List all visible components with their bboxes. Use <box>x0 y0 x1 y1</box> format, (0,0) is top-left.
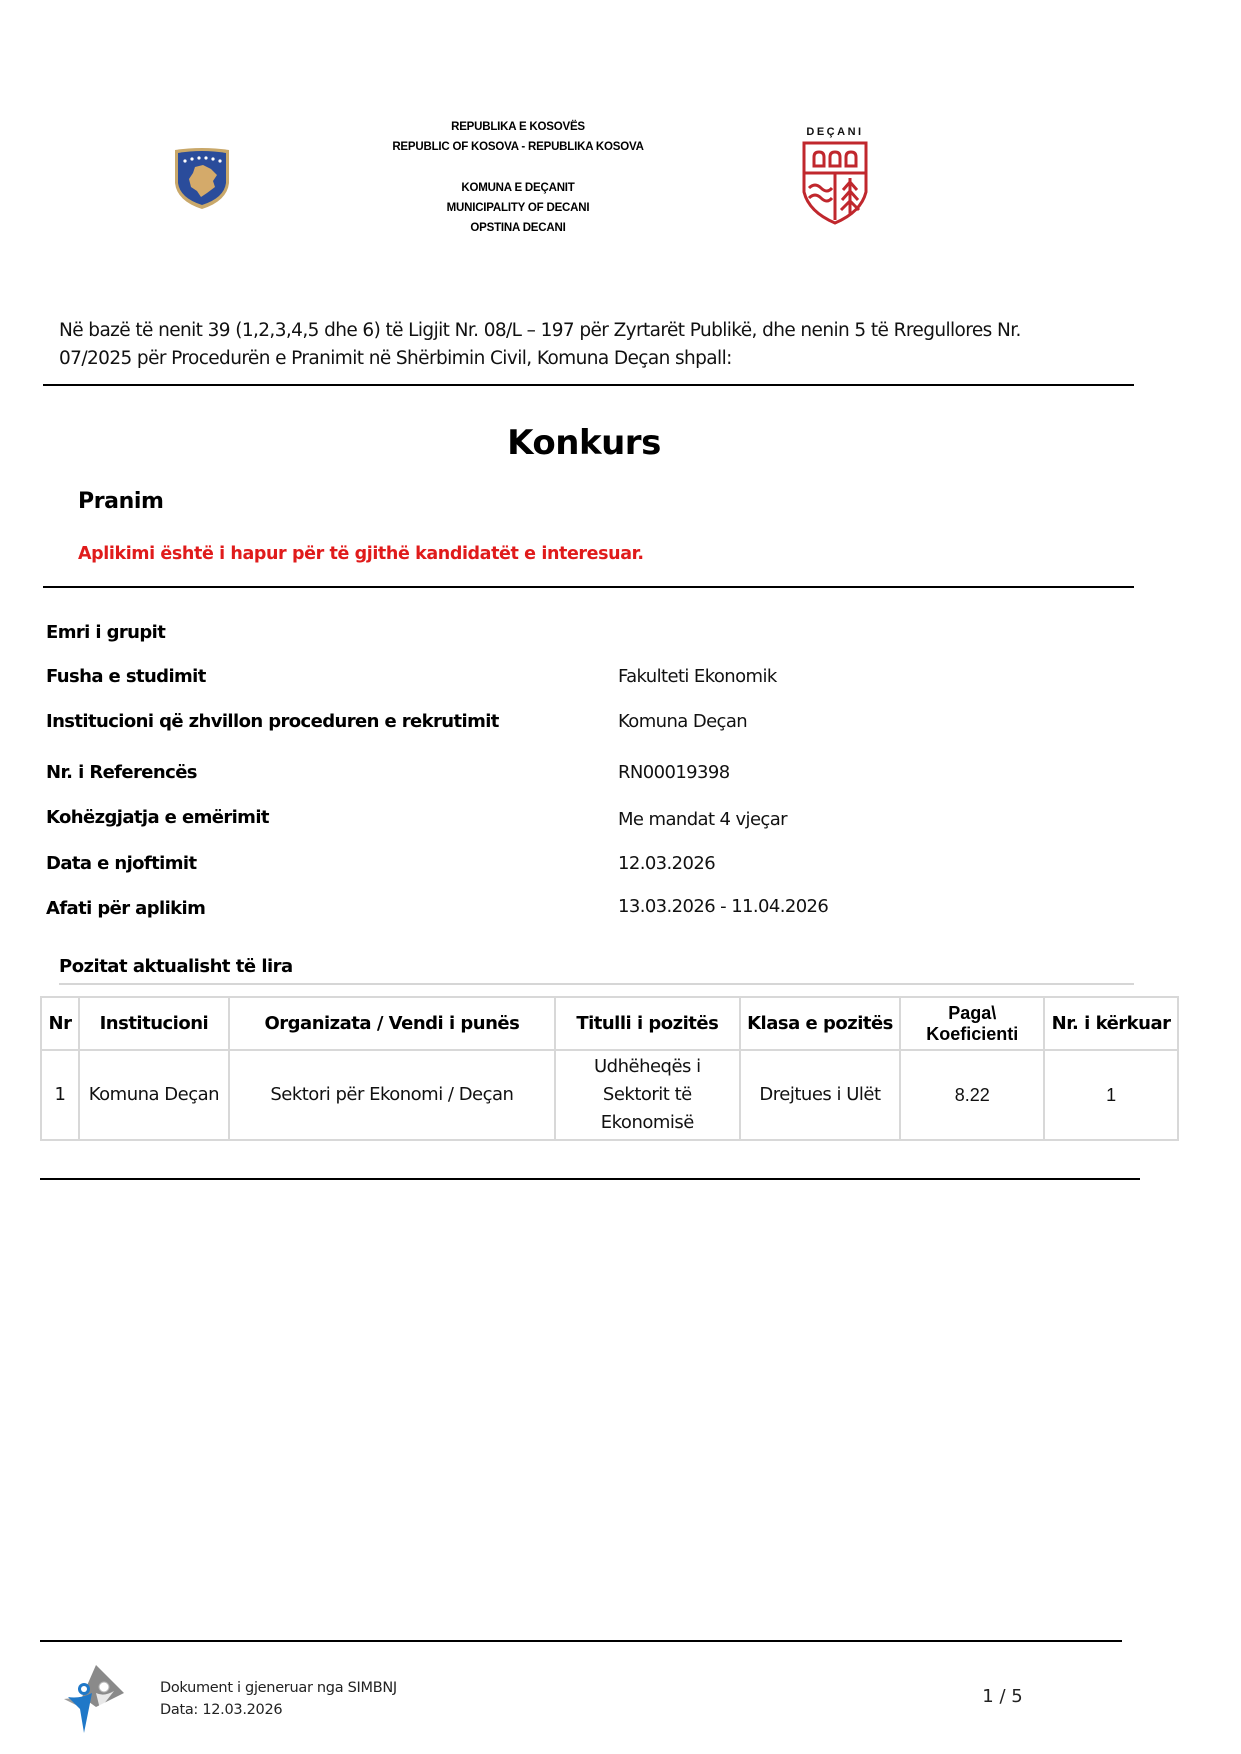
cell-title: Udhëheqës i Sektorit të Ekonomisë <box>555 1050 740 1140</box>
header-municipality: KOMUNA E DEÇANIT <box>318 182 718 194</box>
detail-label-field: Fusha e studimit <box>46 666 206 687</box>
intro-line-2: 07/2025 për Procedurën e Pranimit në Shë… <box>59 345 1119 373</box>
detail-label-deadline: Afati për aplikim <box>46 898 205 919</box>
detail-label-duration: Kohëzgjatja e emërimit <box>46 807 269 828</box>
col-header-institution: Institucioni <box>79 997 229 1050</box>
header-municipality-sr: OPSTINA DECANI <box>318 222 718 234</box>
header-municipality-en: MUNICIPALITY OF DECANI <box>318 202 718 214</box>
decani-logo-text: DEÇANI <box>798 126 872 138</box>
detail-value-deadline: 13.03.2026 - 11.04.2026 <box>618 896 828 917</box>
divider <box>43 384 1134 386</box>
col-header-nr: Nr <box>41 997 79 1050</box>
col-header-class: Klasa e pozitës <box>740 997 901 1050</box>
cell-title-line: Ekonomisë <box>559 1109 736 1137</box>
cell-nr: 1 <box>41 1050 79 1140</box>
cell-required: 1 <box>1044 1050 1178 1140</box>
decani-logo: DEÇANI <box>798 126 872 231</box>
detail-label-reference: Nr. i Referencës <box>46 762 197 783</box>
kosovo-emblem-icon <box>173 147 231 211</box>
cell-title-line: Sektorit të <box>559 1081 736 1109</box>
divider <box>40 1178 1140 1180</box>
detail-value-duration: Me mandat 4 vjeçar <box>618 809 787 830</box>
col-header-salary-line1: Paga\ <box>904 1003 1040 1024</box>
col-header-salary-line2: Koeficienti <box>904 1024 1040 1045</box>
positions-table: Nr Institucioni Organizata / Vendi i pun… <box>40 996 1179 1141</box>
footer-date: Data: 12.03.2026 <box>160 1700 282 1721</box>
positions-section-title: Pozitat aktualisht të lira <box>59 956 293 977</box>
table-row: 1 Komuna Deçan Sektori për Ekonomi / Deç… <box>41 1050 1178 1140</box>
divider <box>43 586 1134 588</box>
page-title: Konkurs <box>0 423 1168 463</box>
detail-value-reference: RN00019398 <box>618 762 730 783</box>
cell-institution: Komuna Deçan <box>79 1050 229 1140</box>
detail-value-field: Fakulteti Ekonomik <box>618 666 777 687</box>
cell-title-line: Udhëheqës i <box>559 1053 736 1081</box>
col-header-salary: Paga\ Koeficienti <box>900 997 1044 1050</box>
footer-generated-by: Dokument i gjeneruar nga SIMBNJ <box>160 1678 397 1699</box>
detail-value-institution: Komuna Deçan <box>618 711 747 732</box>
col-header-required: Nr. i kërkuar <box>1044 997 1178 1050</box>
table-header-row: Nr Institucioni Organizata / Vendi i pun… <box>41 997 1178 1050</box>
subtitle: Pranim <box>78 489 164 514</box>
detail-label-group: Emri i grupit <box>46 622 165 643</box>
cell-salary: 8.22 <box>900 1050 1044 1140</box>
col-header-title: Titulli i pozitës <box>555 997 740 1050</box>
simbnj-logo-icon <box>62 1663 126 1735</box>
cell-organization: Sektori për Ekonomi / Deçan <box>229 1050 555 1140</box>
section-underline <box>59 983 1134 985</box>
decani-shield-icon <box>801 140 869 226</box>
header-republic-alt: REPUBLIC OF KOSOVA - REPUBLIKA KOSOVA <box>318 141 718 153</box>
footer-divider <box>40 1640 1122 1642</box>
col-header-organization: Organizata / Vendi i punës <box>229 997 555 1050</box>
intro-line-1: Në bazë të nenit 39 (1,2,3,4,5 dhe 6) të… <box>59 317 1119 345</box>
detail-label-institution: Institucioni që zhvillon proceduren e re… <box>46 711 499 732</box>
page-number: 1 / 5 <box>960 1686 1045 1707</box>
cell-class: Drejtues i Ulët <box>740 1050 901 1140</box>
application-notice: Aplikimi është i hapur për të gjithë kan… <box>78 544 644 564</box>
detail-label-notice-date: Data e njoftimit <box>46 853 196 874</box>
header-republic: REPUBLIKA E KOSOVËS <box>318 121 718 133</box>
detail-value-notice-date: 12.03.2026 <box>618 853 715 874</box>
